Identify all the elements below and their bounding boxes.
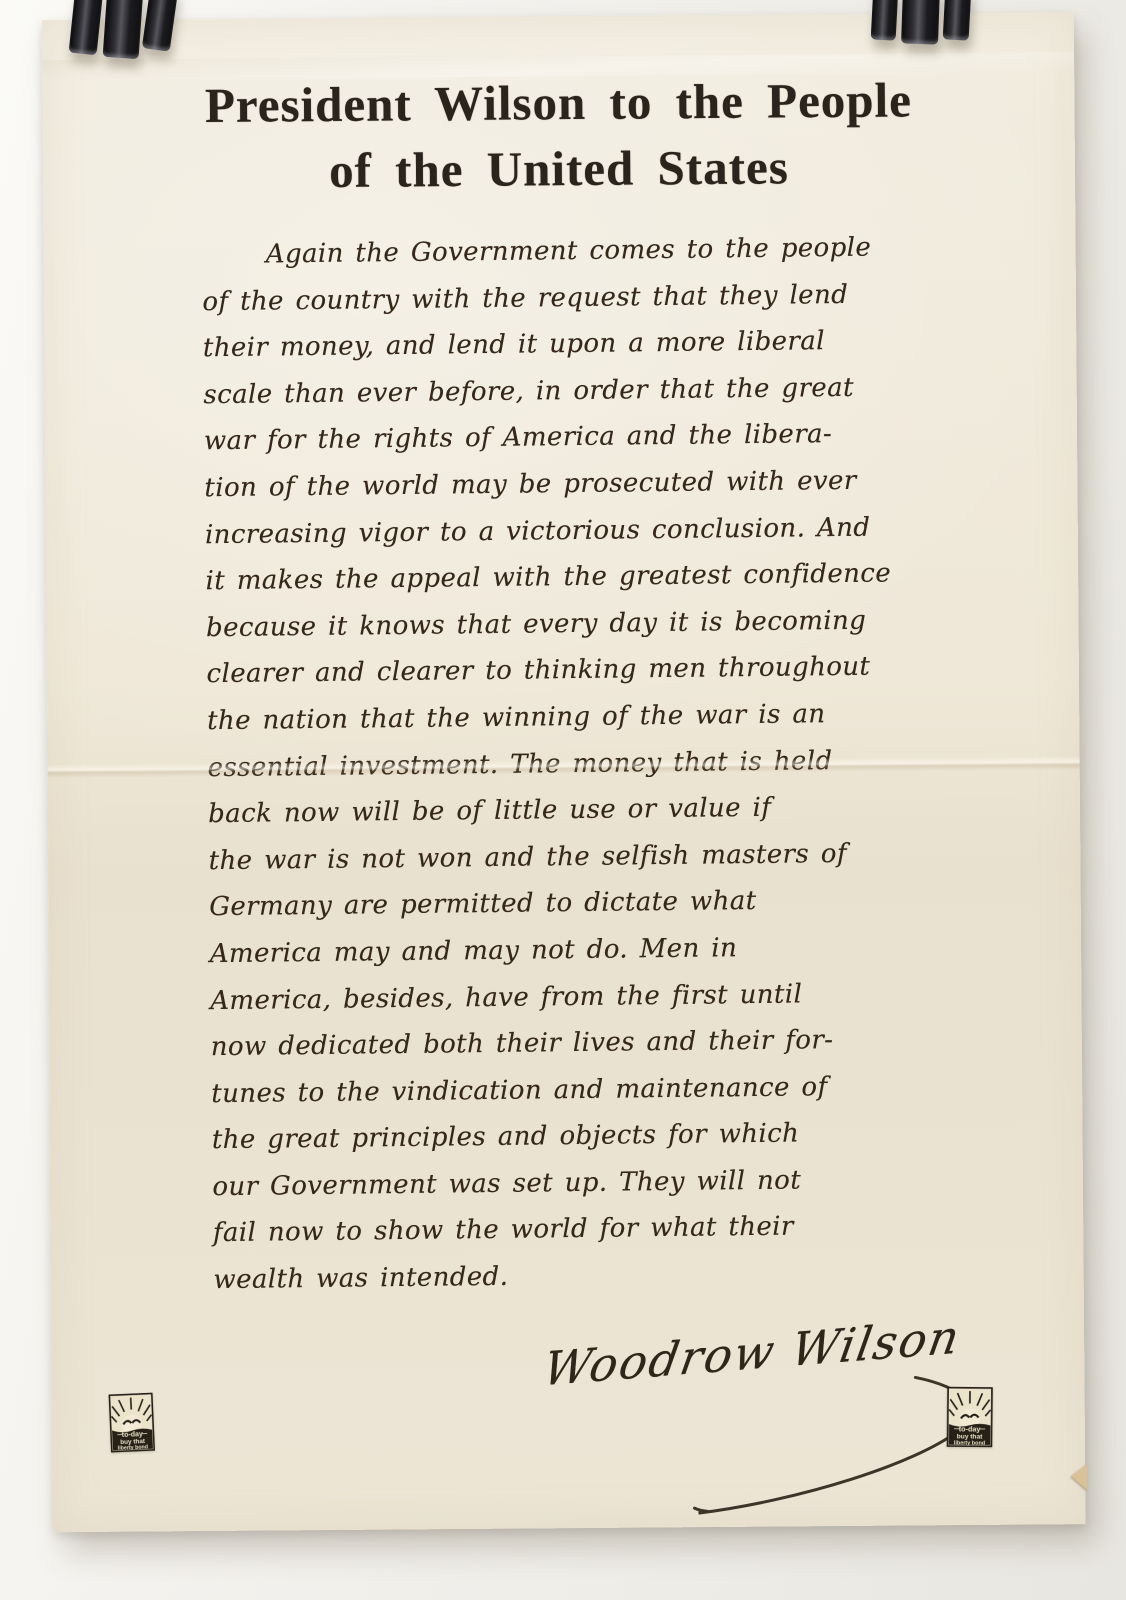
handwritten-line: America, besides, have from the first un… — [210, 970, 910, 1025]
stamp-text-line1: to-day — [959, 1424, 981, 1433]
handwritten-line: it makes the appeal with the greatest co… — [205, 550, 905, 605]
binder-clip-prong — [871, 0, 899, 41]
binder-clip-prong — [103, 0, 144, 59]
handwritten-line: because it knows that every day it is be… — [206, 597, 906, 652]
binder-clip-prong — [943, 0, 972, 41]
handwritten-line: fail now to show the world for what thei… — [213, 1203, 913, 1258]
handwritten-line: the nation that the winning of the war i… — [207, 690, 907, 745]
handwritten-line: clearer and clearer to thinking men thro… — [206, 644, 906, 699]
handwritten-line: tunes to the vindication and maintenance… — [211, 1063, 911, 1118]
handwritten-line: war for the rights of America and the li… — [204, 411, 904, 466]
handwritten-line: of the country with the request that the… — [202, 271, 902, 326]
handwritten-line: now dedicated both their lives and their… — [211, 1016, 911, 1071]
liberty-bond-stamp-left: to-day buy that liberty bond — [109, 1393, 155, 1453]
handwritten-line: the great principles and objects for whi… — [212, 1109, 912, 1164]
handwritten-line: their money, and lend it upon a more lib… — [203, 317, 903, 372]
photo-of-poster: President Wilson to the People of the Un… — [0, 0, 1126, 1600]
liberty-bond-poster: President Wilson to the People of the Un… — [42, 12, 1086, 1532]
signature-block: Woodrow Wilson — [447, 1303, 1009, 1535]
handwritten-line: scale than ever before, in order that th… — [203, 364, 903, 419]
handwritten-line: the war is not won and the selfish maste… — [208, 830, 908, 885]
handwritten-line: Germany are permitted to dictate what — [209, 877, 909, 932]
handwritten-line: Again the Government comes to the people — [202, 224, 902, 279]
binder-clip-prong — [901, 0, 940, 45]
poster-title-line1: President Wilson to the People — [42, 66, 1074, 140]
liberty-bond-stamp-right: to-day buy that liberty bond — [946, 1387, 993, 1447]
handwritten-line: back now will be of little use or value … — [208, 783, 908, 838]
handwritten-line: America may and may not do. Men in — [209, 923, 909, 978]
paper-chip — [1071, 1464, 1087, 1490]
handwritten-line: increasing vigor to a victorious conclus… — [205, 504, 905, 559]
poster-title: President Wilson to the People of the Un… — [42, 66, 1075, 206]
stamp-text-line3: liberty bond — [954, 1440, 985, 1446]
handwritten-line: wealth was intended. — [213, 1249, 913, 1304]
stamp-text-line3: liberty bond — [118, 1444, 149, 1451]
poster-title-line2: of the United States — [43, 132, 1075, 206]
handwritten-line: tion of the world may be prosecuted with… — [204, 457, 904, 512]
handwritten-line: our Government was set up. They will not — [212, 1156, 912, 1211]
